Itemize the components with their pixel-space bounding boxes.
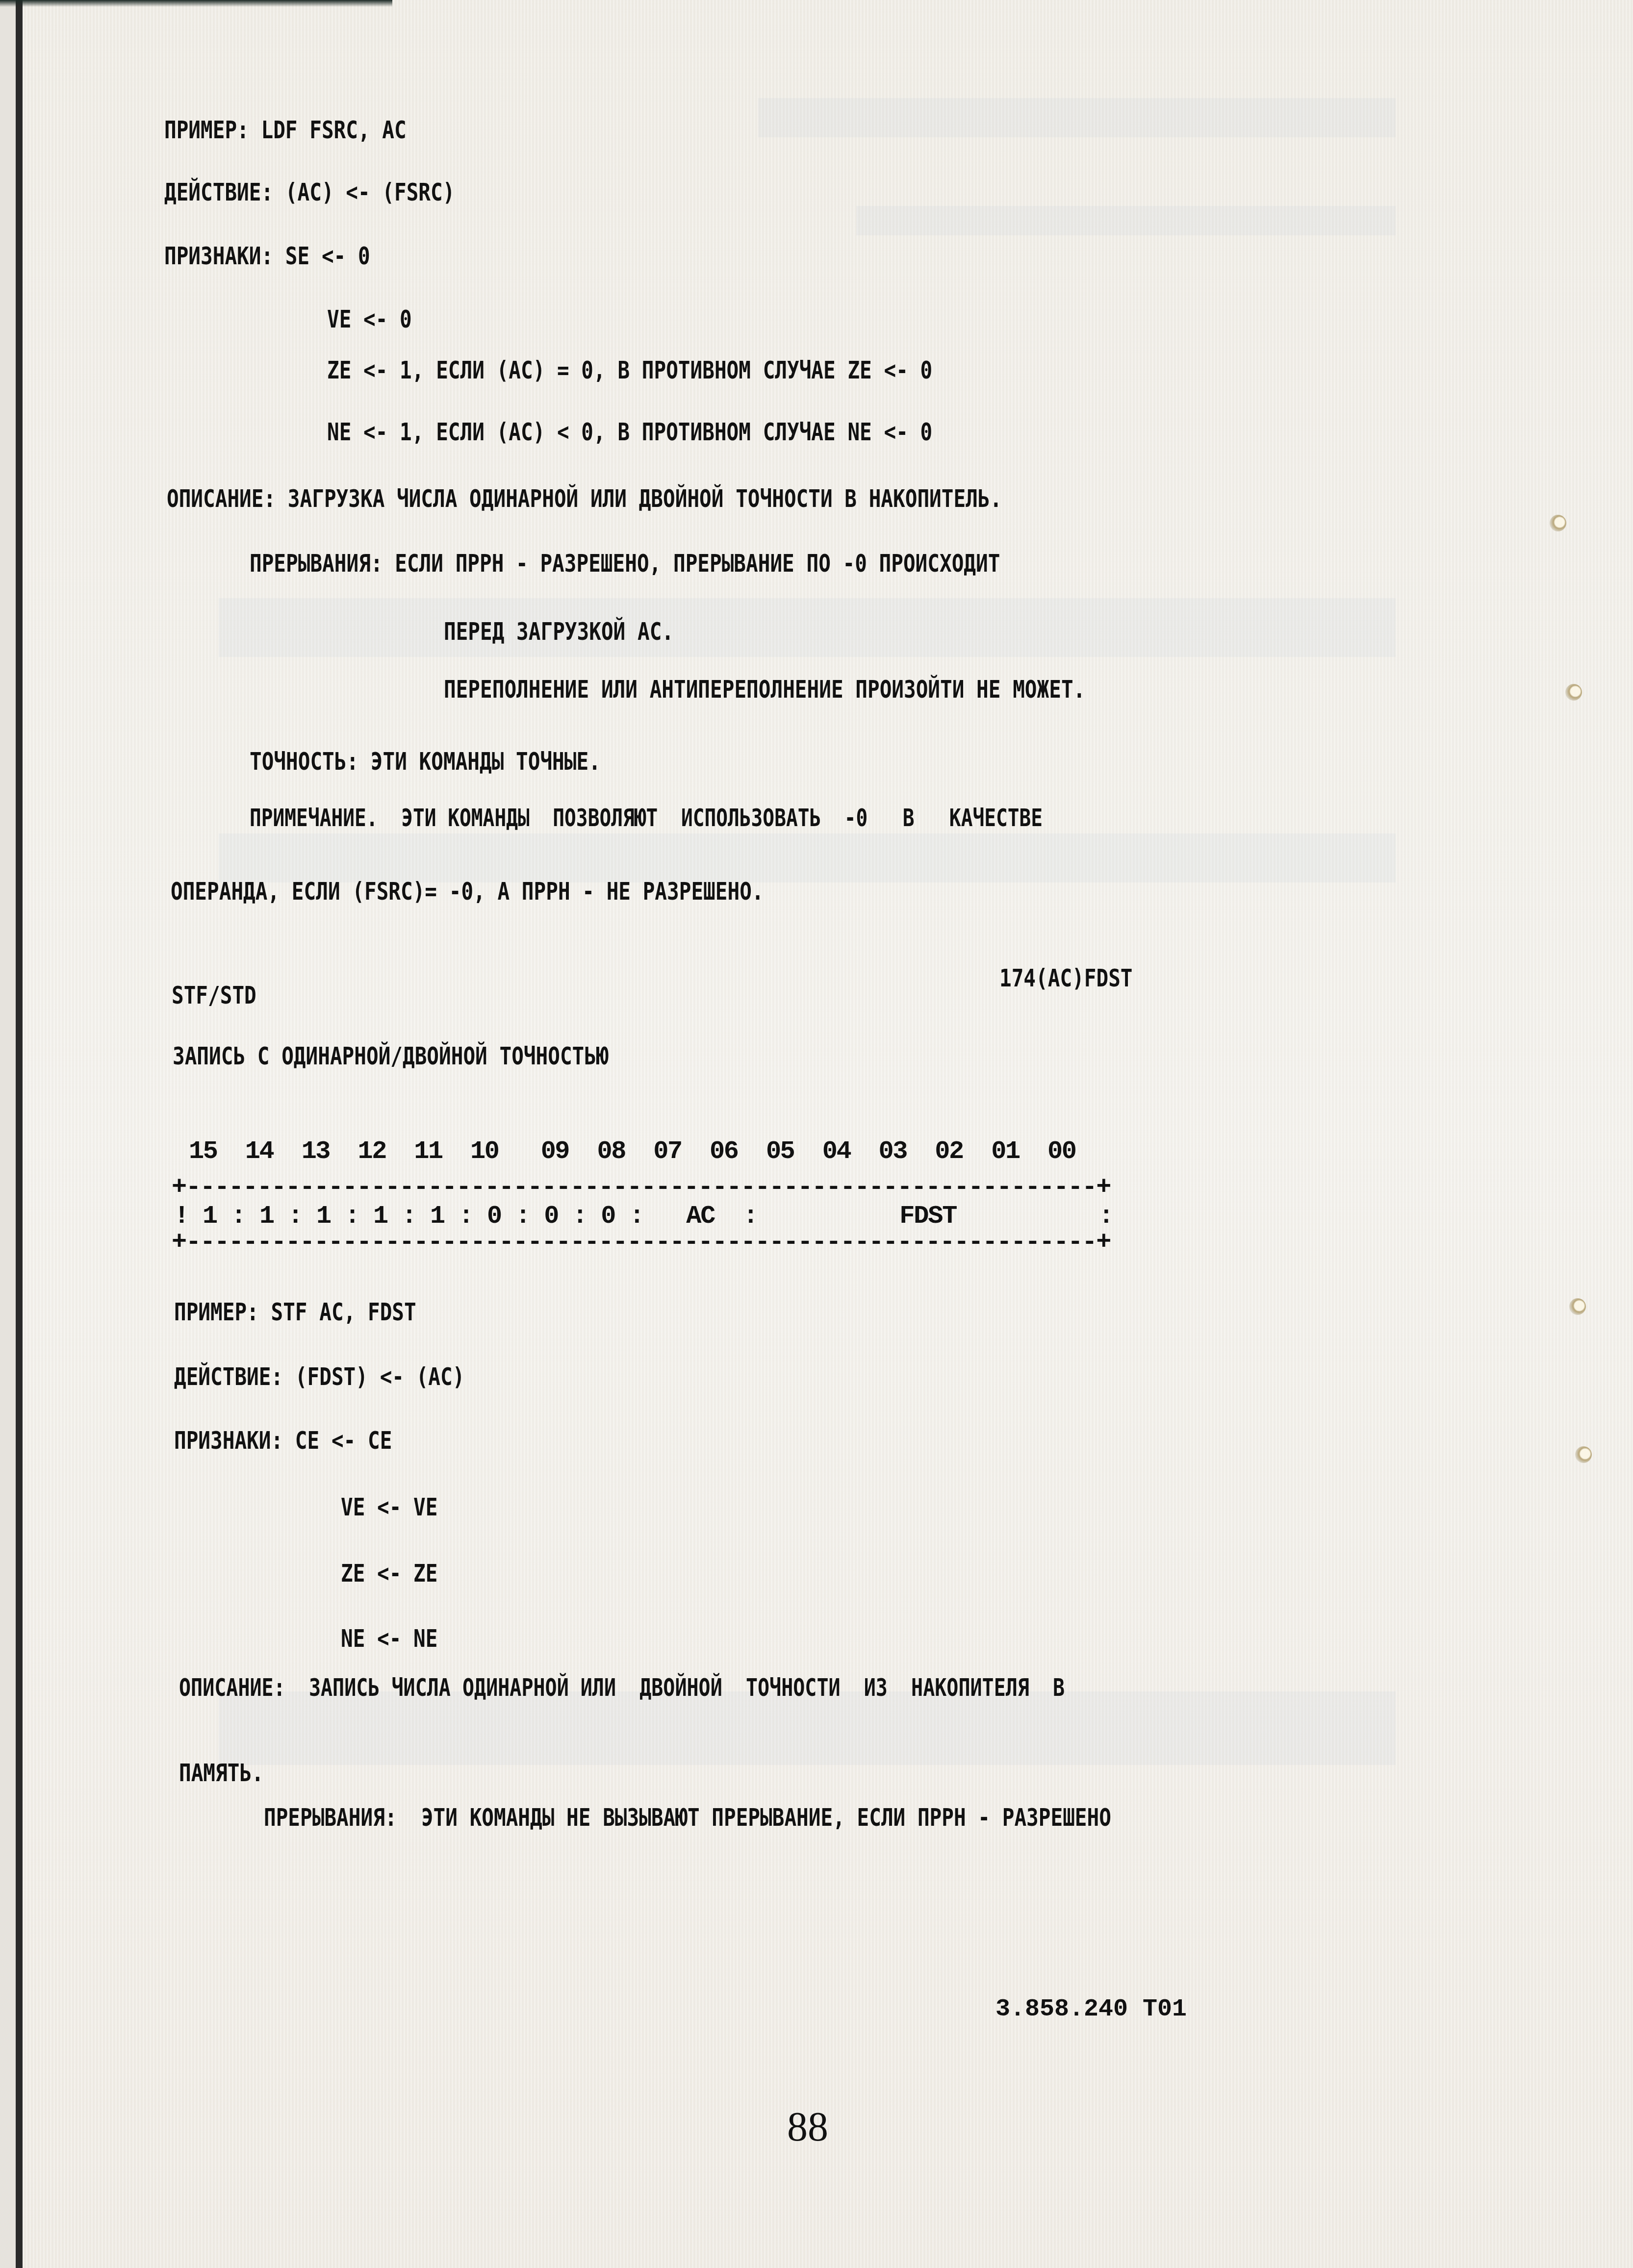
- punch-hole-mark: [1565, 684, 1582, 701]
- stf-flag-ne: NE <- NE: [341, 1624, 437, 1653]
- stf-title: ЗАПИСЬ С ОДИНАРНОЙ/ДВОЙНОЙ ТОЧНОСТЬЮ: [173, 1041, 609, 1071]
- ldf-accuracy: ТОЧНОСТЬ: ЭТИ КОМАНДЫ ТОЧНЫЕ.: [250, 747, 601, 776]
- document-page: [23, 0, 1633, 2268]
- diagram-top-border: +---------------------------------------…: [172, 1173, 1110, 1202]
- page-number: 88: [787, 2103, 828, 2151]
- ldf-flag-ne: NE <- 1, ЕСЛИ (AC) < 0, В ПРОТИВНОМ СЛУЧ…: [327, 417, 932, 447]
- ldf-example: ПРИМЕР: LDF FSRC, AC: [164, 115, 407, 145]
- stf-flag-ze: ZE <- ZE: [341, 1559, 437, 1588]
- document-code: 3.858.240 Т01: [995, 1995, 1187, 2024]
- ldf-action: ДЕЙСТВИЕ: (AC) <- (FSRC): [164, 177, 455, 207]
- punch-hole-mark: [1575, 1446, 1592, 1463]
- ldf-description: ОПИСАНИЕ: ЗАГРУЗКА ЧИСЛА ОДИНАРНОЙ ИЛИ Д…: [167, 484, 1002, 513]
- punch-hole-mark: [1569, 1298, 1586, 1315]
- ldf-note-2: ОПЕРАНДА, ЕСЛИ (FSRC)= -0, А ПРРН - НЕ Р…: [171, 877, 764, 906]
- ldf-flags-label: ПРИЗНАКИ: SE <- 0: [164, 241, 370, 271]
- scan-edge: [0, 0, 23, 2268]
- punch-hole-mark: [1550, 515, 1566, 531]
- bleed-through: [219, 1691, 1396, 1765]
- stf-interrupts: ПРЕРЫВАНИЯ: ЭТИ КОМАНДЫ НЕ ВЫЗЫВАЮТ ПРЕР…: [264, 1803, 1111, 1832]
- diagram-bit-row: ! 1 : 1 : 1 : 1 : 1 : 0 : 0 : 0 : AC : F…: [174, 1202, 1113, 1231]
- ldf-note-1: ПРИМЕЧАНИЕ. ЭТИ КОМАНДЫ ПОЗВОЛЯЮТ ИСПОЛЬ…: [250, 803, 1043, 832]
- stf-action: ДЕЙСТВИЕ: (FDST) <- (AC): [174, 1362, 464, 1391]
- diagram-bottom-border: +---------------------------------------…: [172, 1228, 1110, 1257]
- bleed-through: [856, 206, 1396, 235]
- ldf-flag-ve: VE <- 0: [327, 304, 412, 334]
- stf-mnemonic: STF/STD: [172, 981, 256, 1010]
- bleed-through: [219, 598, 1396, 657]
- stf-flag-ve: VE <- VE: [341, 1492, 437, 1522]
- ldf-flag-ze: ZE <- 1, ЕСЛИ (AC) = 0, В ПРОТИВНОМ СЛУЧ…: [327, 355, 932, 385]
- ldf-interrupts-2: ПЕРЕД ЗАГРУЗКОЙ AC.: [444, 617, 674, 646]
- bleed-through: [758, 98, 1396, 137]
- bleed-through: [219, 833, 1396, 882]
- stf-flags-label: ПРИЗНАКИ: CE <- CE: [174, 1426, 392, 1455]
- bit-numbers: 15 14 13 12 11 10 09 08 07 06 05 04 03 0…: [189, 1137, 1075, 1166]
- stf-opcode: 174(AC)FDST: [999, 963, 1133, 993]
- scan-shadow: [0, 0, 392, 7]
- stf-description-1: ОПИСАНИЕ: ЗАПИСЬ ЧИСЛА ОДИНАРНОЙ ИЛИ ДВО…: [179, 1673, 1065, 1702]
- ldf-interrupts-1: ПРЕРЫВАНИЯ: ЕСЛИ ПРРН - РАЗРЕШЕНО, ПРЕРЫ…: [250, 549, 1000, 578]
- stf-example: ПРИМЕР: STF AC, FDST: [174, 1297, 416, 1327]
- ldf-interrupts-3: ПЕРЕПОЛНЕНИЕ ИЛИ АНТИПЕРЕПОЛНЕНИЕ ПРОИЗО…: [444, 675, 1085, 704]
- stf-description-2: ПАМЯТЬ.: [179, 1758, 264, 1788]
